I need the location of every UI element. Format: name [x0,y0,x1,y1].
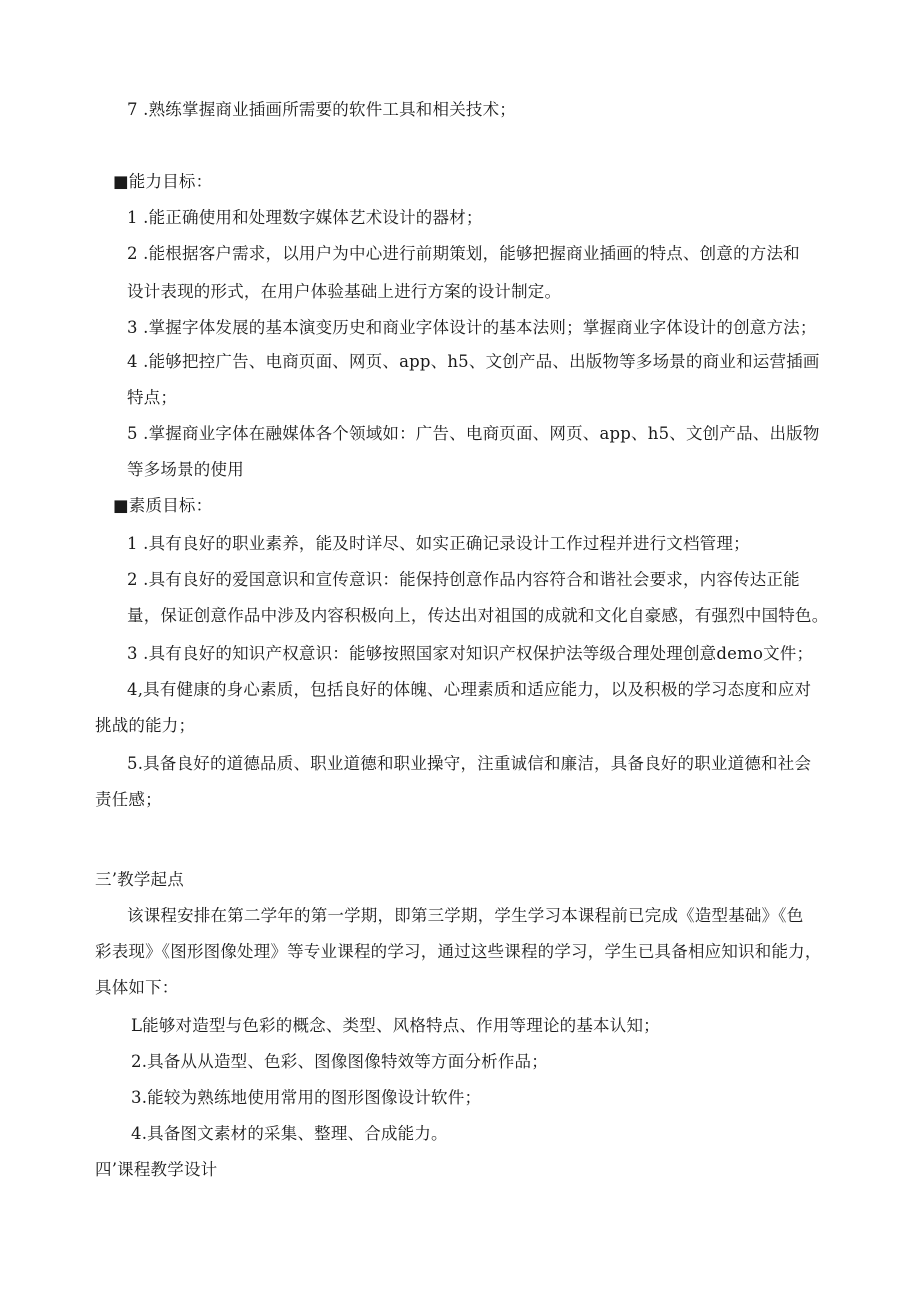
quality-item-5-line-1: 5.具备良好的道德品质、职业道德和职业操守，注重诚信和廉洁，具备良好的职业道德和… [127,754,811,774]
quality-item-4-line-2: 挑战的能力； [95,716,195,736]
section-3-intro-line-1: 该课程安排在第二学年的第一学期，即第三学期，学生学习本课程前已完成《造型基础》《… [127,906,803,926]
knowledge-item-7: 7 .熟练掌握商业插画所需要的软件工具和相关技术； [127,100,516,120]
quality-item-1: 1 .具有良好的职业素养，能及时详尽、如实正确记录设计工作过程并进行文档管理； [127,534,750,554]
section-3-item-3: 3.能较为熟练地使用常用的图形图像设计软件； [131,1088,481,1108]
quality-item-2-line-1: 2 .具有良好的爱国意识和宣传意识：能保持创意作品内容符合和谐社会要求，内容传达… [127,570,800,590]
section-4-heading: 四’课程教学设计 [95,1160,217,1180]
quality-item-4-line-1: 4,具有健康的身心素质，包括良好的体魄、心理素质和适应能力，以及积极的学习态度和… [127,680,811,700]
quality-item-5-line-2: 责任感； [95,790,162,810]
ability-item-5-line-1: 5 .掌握商业字体在融媒体各个领域如：广告、电商页面、网页、app、h5、文创产… [127,424,820,444]
section-3-intro-line-3: 具体如下： [95,978,179,998]
ability-item-3: 3 .掌握字体发展的基本演变历史和商业字体设计的基本法则；掌握商业字体设计的创意… [127,318,817,338]
section-3-item-2: 2.具备从从造型、色彩、图像图像特效等方面分析作品； [131,1052,548,1072]
quality-item-3: 3 .具有良好的知识产权意识：能够按照国家对知识产权保护法等级合理处理创意dem… [127,644,813,664]
section-3-item-1: L能够对造型与色彩的概念、类型、风格特点、作用等理论的基本认知； [131,1016,660,1036]
ability-item-1: 1 .能正确使用和处理数字媒体艺术设计的器材； [127,208,483,228]
ability-item-4-line-2: 特点； [127,388,177,408]
ability-goals-heading: ■能力目标： [113,172,212,192]
section-3-heading: 三’教学起点 [95,870,184,890]
quality-item-2-line-2: 量，保证创意作品中涉及内容积极向上，传达出对祖国的成就和文化自豪感，有强烈中国特… [127,606,828,626]
ability-item-5-line-2: 等多场景的使用 [127,460,244,480]
section-3-item-4: 4.具备图文素材的采集、整理、合成能力。 [131,1124,448,1144]
quality-goals-heading: ■素质目标： [113,496,212,516]
section-3-intro-line-2: 彩表现》《图形图像处理》等专业课程的学习，通过这些课程的学习，学生已具备相应知识… [95,942,822,962]
ability-item-2-line-2: 设计表现的形式，在用户体验基础上进行方案的设计制定。 [127,282,561,302]
ability-item-2-line-1: 2 .能根据客户需求，以用户为中心进行前期策划，能够把握商业插画的特点、创意的方… [127,244,800,264]
ability-item-4-line-1: 4 .能够把控广告、电商页面、网页、app、h5、文创产品、出版物等多场景的商业… [127,352,820,372]
